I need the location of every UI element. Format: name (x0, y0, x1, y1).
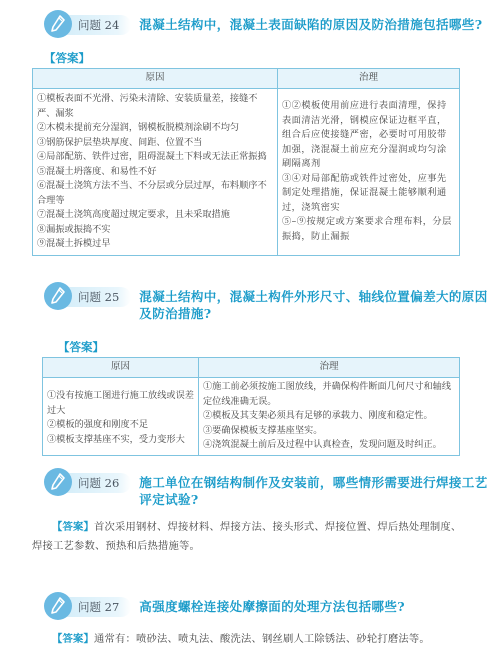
cause-item: ③模板支撑基座不实，受力变形大 (47, 433, 194, 448)
question-number-badge: 问题 24 (66, 15, 131, 35)
cause-item: ②模板的强度和刚度不足 (47, 418, 194, 433)
question-title-line: 及防治措施? (139, 305, 487, 322)
treatment-item: ②模板及其支架必须具有足够的承载力、刚度和稳定性。 (203, 409, 455, 424)
treatment-item: ④浇筑混凝土前后及过程中认真检查，发现问题及时纠正。 (203, 438, 455, 453)
treatment-item: ①施工前必须按施工图放线，并确保构件断面几何尺寸和轴线定位线准确无误。 (203, 380, 455, 409)
causes-cell: ①模板表面不光滑、污染未清除、安装质量差，接缝不严、漏浆 ②木模未提前充分湿润，… (33, 89, 278, 256)
question-title: 高强度螺栓连接处摩擦面的处理方法包括哪些? (139, 598, 405, 615)
question-27-header: 问题 27 高强度螺栓连接处摩擦面的处理方法包括哪些? (44, 592, 405, 620)
answer-table-q24: 原因 治理 ①模板表面不光滑、污染未清除、安装质量差，接缝不严、漏浆 ②木模未提… (32, 68, 460, 256)
question-number-badge: 问题 26 (66, 473, 131, 493)
question-title: 混凝土结构中，混凝土表面缺陷的原因及防治措施包括哪些? (139, 16, 482, 33)
question-title-line: 混凝土结构中，混凝土构件外形尺寸、轴线位置偏差大的原因 (139, 288, 487, 305)
question-25-header: 问题 25 混凝土结构中，混凝土构件外形尺寸、轴线位置偏差大的原因 及防治措施? (44, 282, 488, 322)
treatment-item: ③要确保模板支撑基座坚实。 (203, 424, 455, 439)
cause-item: ⑥混凝土浇筑方法不当、不分层或分层过厚，布料顺序不合理等 (37, 179, 273, 208)
pencil-icon (44, 10, 72, 38)
treatment-item: ⑤–⑨按规定或方案要求合理布料，分层振捣，防止漏振 (282, 215, 455, 244)
question-24-header: 问题 24 混凝土结构中，混凝土表面缺陷的原因及防治措施包括哪些? (44, 10, 482, 38)
answer-table-q25: 原因 治理 ①没有按施工图进行施工放线或误差过大 ②模板的强度和刚度不足 ③模板… (42, 357, 460, 456)
answer-tag: 【答案】 (52, 521, 94, 533)
cause-item: ⑦混凝土浇筑高度超过规定要求，且未采取措施 (37, 208, 273, 223)
cause-item: ①模板表面不光滑、污染未清除、安装质量差，接缝不严、漏浆 (37, 92, 273, 121)
treatments-cell: ①②模板使用前应进行表面清理，保持表面清洁光滑，钢模应保证边框平直，组合后应使接… (278, 89, 460, 256)
answer-label: 【答案】 (44, 50, 90, 66)
answer-text: 通常有：喷砂法、喷丸法、酸洗法、钢丝刷人工除锈法、砂轮打磨法等。 (94, 633, 430, 645)
question-number-badge: 问题 25 (66, 287, 131, 307)
question-26-header: 问题 26 施工单位在钢结构制作及安装前，哪些情形需要进行焊接工艺 评定试验? (44, 468, 488, 508)
question-number-badge: 问题 27 (66, 597, 131, 617)
causes-cell: ①没有按施工图进行施工放线或误差过大 ②模板的强度和刚度不足 ③模板支撑基座不实… (43, 378, 199, 456)
treatments-cell: ①施工前必须按施工图放线，并确保构件断面几何尺寸和轴线定位线准确无误。 ②模板及… (199, 378, 460, 456)
answer-text: 首次采用钢材、焊接材料、焊接方法、接头形式、焊接位置、焊后热处理制度、焊接工艺参… (32, 521, 461, 552)
treatment-item: ③④对局部配筋或铁件过密处，应事先制定处理措施，保证混凝土能够顺利通过，浇筑密实 (282, 172, 455, 216)
cause-item: ①没有按施工图进行施工放线或误差过大 (47, 389, 194, 418)
cause-item: ④局部配筋、铁件过密，阻碍混凝土下料或无法正常振捣 (37, 150, 273, 165)
treatment-item: ①②模板使用前应进行表面清理，保持表面清洁光滑，钢模应保证边框平直，组合后应使接… (282, 99, 455, 172)
question-title: 混凝土结构中，混凝土构件外形尺寸、轴线位置偏差大的原因 及防治措施? (139, 288, 487, 322)
cause-item: ③钢筋保护层垫块厚度、间距、位置不当 (37, 136, 273, 151)
pencil-icon (44, 592, 72, 620)
pencil-icon (44, 468, 72, 496)
answer-paragraph: 【答案】首次采用钢材、焊接材料、焊接方法、接头形式、焊接位置、焊后热处理制度、焊… (32, 518, 462, 556)
question-title-line: 评定试验? (139, 491, 487, 508)
cause-item: ⑧漏振或振捣不实 (37, 223, 273, 238)
table-header-treatment: 治理 (199, 358, 460, 378)
cause-item: ⑤混凝土坍落度、和易性不好 (37, 165, 273, 180)
table-header-cause: 原因 (43, 358, 199, 378)
answer-paragraph: 【答案】通常有：喷砂法、喷丸法、酸洗法、钢丝刷人工除锈法、砂轮打磨法等。 (32, 630, 462, 649)
answer-tag: 【答案】 (52, 633, 94, 645)
cause-item: ②木模未提前充分湿润，钢模板脱模剂涂刷不均匀 (37, 121, 273, 136)
table-header-cause: 原因 (33, 69, 278, 89)
answer-label: 【答案】 (58, 339, 104, 355)
question-title: 施工单位在钢结构制作及安装前，哪些情形需要进行焊接工艺 评定试验? (139, 474, 487, 508)
cause-item: ⑨混凝土拆模过早 (37, 237, 273, 252)
pencil-icon (44, 282, 72, 310)
table-header-treatment: 治理 (278, 69, 460, 89)
question-title-line: 施工单位在钢结构制作及安装前，哪些情形需要进行焊接工艺 (139, 474, 487, 491)
